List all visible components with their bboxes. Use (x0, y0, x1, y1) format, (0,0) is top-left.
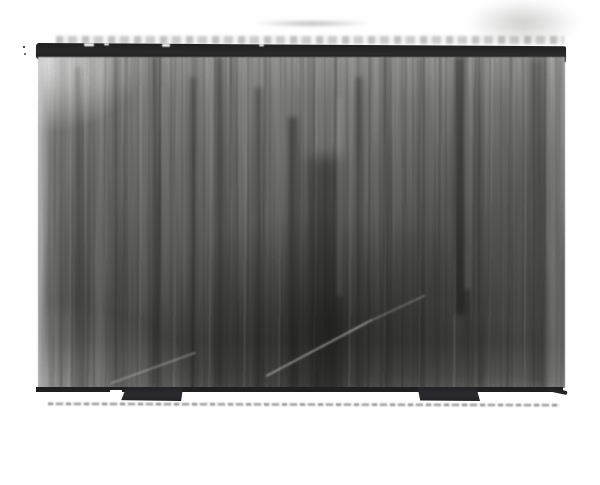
tree-trunk (288, 117, 297, 388)
tree-trunk (478, 57, 482, 388)
film-bar-chip (104, 43, 109, 45)
tree-trunk (76, 67, 80, 388)
forest-image (38, 57, 565, 388)
film-bar-right-tip (547, 387, 567, 395)
tree-trunk (558, 57, 562, 388)
tree-trunk (152, 57, 157, 388)
birch-highlight (98, 57, 101, 388)
top-smudge (253, 20, 371, 27)
development-speckle-line (48, 402, 560, 406)
birch-highlight (466, 57, 469, 289)
tree-trunk (356, 77, 362, 388)
dark-tree-mass (308, 157, 342, 388)
tree-trunk (216, 57, 223, 388)
tree-trunk (255, 87, 261, 388)
film-tab-right (417, 387, 480, 401)
ink-speck (23, 46, 25, 48)
tree-trunk (455, 57, 465, 315)
tree-trunk (530, 57, 544, 388)
birch-highlight (338, 97, 341, 296)
film-bar-chip (259, 44, 264, 46)
film-bar-chip (84, 43, 94, 46)
tree-trunk (114, 57, 119, 388)
tree-trunk (383, 57, 388, 388)
tree-trunk (418, 57, 423, 388)
film-bar-chip (162, 44, 170, 47)
photo-paper (0, 0, 600, 485)
film-tab-left (120, 387, 183, 401)
film-bar-chip (110, 390, 122, 392)
tree-trunk (190, 77, 196, 388)
tree-trunk (60, 57, 63, 388)
film-bottom-bar (36, 387, 563, 392)
